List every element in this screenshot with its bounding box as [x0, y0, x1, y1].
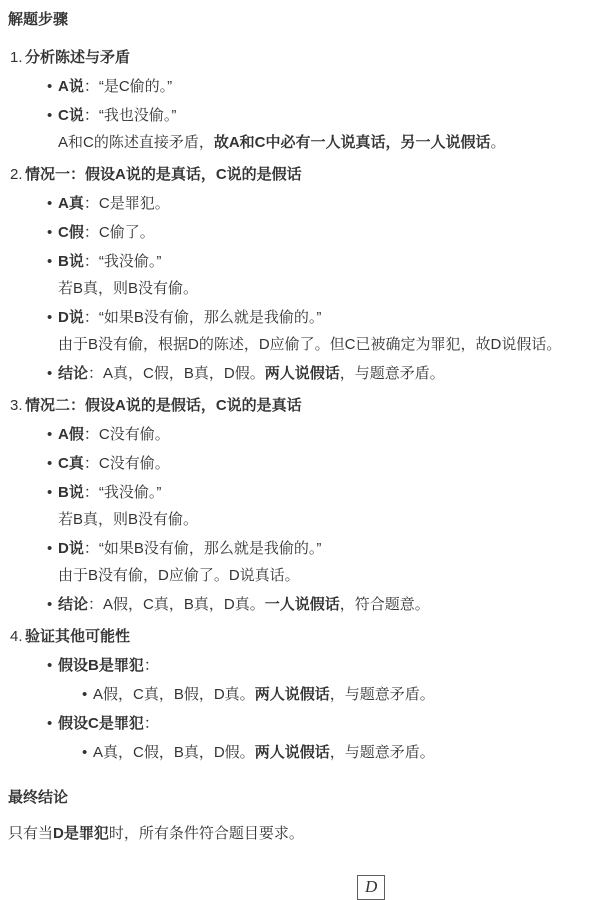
conclusion-label: 结论: [58, 596, 88, 613]
sub-emphasis: 两人说假话: [255, 686, 330, 703]
speaker-label: A说: [58, 78, 84, 95]
statement-text: C没有偷。: [99, 426, 170, 443]
speaker-label: D说: [58, 540, 84, 557]
sub-bullets: A真，C假，B真，D假。两人说假话，与题意矛盾。: [58, 741, 592, 764]
statement-text: C没有偷。: [99, 455, 170, 472]
hypothesis-line: 假设C是罪犯：: [58, 712, 592, 735]
statement-line: B说：“我没偷。”: [58, 481, 592, 504]
step-title: 分析陈述与矛盾: [25, 49, 130, 66]
note-line: 由于B没有偷，根据D的陈述，D应偷了。但C已被确定为罪犯，故D说假话。: [58, 333, 592, 356]
speaker-label: A真: [58, 195, 84, 212]
note-line: 若B真，则B没有偷。: [58, 277, 592, 300]
statement-line: C说：“我也没偷。”: [58, 104, 592, 127]
final-tail: 时，所有条件符合题目要求。: [109, 825, 304, 842]
conclusion-line: 结论：A假，C真，B真，D真。一人说假话，符合题意。: [58, 593, 592, 616]
step-number: 4.: [10, 625, 23, 648]
conclusion-emphasis: 两人说假话: [265, 365, 340, 382]
statement-text: C是罪犯。: [99, 195, 170, 212]
statement-line: A说：“是C偷的。”: [58, 75, 592, 98]
note-text: 若B真，则B没有偷。: [58, 511, 198, 528]
statement-text: “我也没偷。”: [99, 107, 177, 124]
sub-list-item: A真，C假，B真，D假。两人说假话，与题意矛盾。: [93, 741, 592, 764]
separator: ：: [84, 78, 99, 95]
final-conclusion-heading: 最终结论: [8, 786, 592, 809]
boxed-answer: D: [357, 875, 385, 900]
hypothesis-label: 假设B是罪犯: [58, 657, 144, 674]
step-1-bullets: A说：“是C偷的。” C说：“我也没偷。” A和C的陈述直接矛盾，故A和C中必有…: [25, 75, 592, 154]
sub-conclusion-line: A假，C真，B假，D真。两人说假话，与题意矛盾。: [93, 683, 592, 706]
list-item-conclusion: 结论：A真，C假，B真，D假。两人说假话，与题意矛盾。: [58, 362, 592, 385]
note-text: 由于B没有偷，根据D的陈述，D应偷了。但C已被确定为罪犯，故D说假话。: [58, 336, 561, 353]
conclusion-tail: ，符合题意。: [340, 596, 430, 613]
separator: ：: [84, 540, 99, 557]
conclusion-text: A真，C假，B真，D假。: [103, 365, 265, 382]
speaker-label: B说: [58, 484, 84, 501]
list-item: A说：“是C偷的。”: [58, 75, 592, 98]
speaker-label: C说: [58, 107, 84, 124]
statement-line: C真：C没有偷。: [58, 452, 592, 475]
list-item: A假：C没有偷。: [58, 423, 592, 446]
note-emphasis: 故A和C中必有一人说真话，另一人说假话: [214, 134, 491, 151]
sub-tail: ，与题意矛盾。: [330, 686, 435, 703]
step-analyze-statements: 1.分析陈述与矛盾 A说：“是C偷的。” C说：“我也没偷。” A和C的陈述直接…: [25, 46, 592, 154]
step-title: 验证其他可能性: [25, 628, 130, 645]
list-item: C真：C没有偷。: [58, 452, 592, 475]
statement-line: D说：“如果B没有偷，那么就是我偷的。”: [58, 537, 592, 560]
list-item: C假：C偷了。: [58, 221, 592, 244]
note-text: A和C的陈述直接矛盾，: [58, 134, 214, 151]
note-tail: 。: [491, 134, 506, 151]
list-item-hypothesis: 假设C是罪犯： A真，C假，B真，D假。两人说假话，与题意矛盾。: [58, 712, 592, 764]
sub-text: A真，C假，B真，D假。: [93, 744, 255, 761]
step-number: 2.: [10, 163, 23, 186]
sub-bullets: A假，C真，B假，D真。两人说假话，与题意矛盾。: [58, 683, 592, 706]
step-number: 3.: [10, 394, 23, 417]
step-2-bullets: A真：C是罪犯。 C假：C偷了。 B说：“我没偷。” 若B真，则B没有偷。 D说…: [25, 192, 592, 385]
step-verify-others: 4.验证其他可能性 假设B是罪犯： A假，C真，B假，D真。两人说假话，与题意矛…: [25, 625, 592, 764]
statement-text: “是C偷的。”: [99, 78, 172, 95]
sub-text: A假，C真，B假，D真。: [93, 686, 255, 703]
conclusion-emphasis: 一人说假话: [265, 596, 340, 613]
separator: ：: [84, 484, 99, 501]
step-number: 1.: [10, 46, 23, 69]
sub-list-item: A假，C真，B假，D真。两人说假话，与题意矛盾。: [93, 683, 592, 706]
list-item: A真：C是罪犯。: [58, 192, 592, 215]
statement-line: B说：“我没偷。”: [58, 250, 592, 273]
separator: ：: [84, 455, 99, 472]
separator: ：: [144, 657, 159, 674]
statement-line: A真：C是罪犯。: [58, 192, 592, 215]
hypothesis-line: 假设B是罪犯：: [58, 654, 592, 677]
list-item: B说：“我没偷。” 若B真，则B没有偷。: [58, 481, 592, 531]
statement-line: C假：C偷了。: [58, 221, 592, 244]
step-title: 情况一：假设A说的是真话，C说的是假话: [25, 166, 302, 183]
separator: ：: [144, 715, 159, 732]
statement-line: A假：C没有偷。: [58, 423, 592, 446]
step-4-bullets: 假设B是罪犯： A假，C真，B假，D真。两人说假话，与题意矛盾。 假设C是罪犯：…: [25, 654, 592, 764]
separator: ：: [88, 596, 103, 613]
final-emphasis: D是罪犯: [53, 825, 109, 842]
note-line: A和C的陈述直接矛盾，故A和C中必有一人说真话，另一人说假话。: [58, 131, 592, 154]
statement-text: C偷了。: [99, 224, 155, 241]
statement-text: “如果B没有偷，那么就是我偷的。”: [99, 540, 322, 557]
step-case-two: 3.情况二：假设A说的是假话，C说的是真话 A假：C没有偷。 C真：C没有偷。 …: [25, 394, 592, 616]
hypothesis-label: 假设C是罪犯: [58, 715, 144, 732]
separator: ：: [84, 309, 99, 326]
list-item: D说：“如果B没有偷，那么就是我偷的。” 由于B没有偷，根据D的陈述，D应偷了。…: [58, 306, 592, 356]
list-item-conclusion: 结论：A假，C真，B真，D真。一人说假话，符合题意。: [58, 593, 592, 616]
solution-document: { "title": "解题步骤", "colors": { "text": "…: [0, 0, 600, 900]
separator: ：: [84, 253, 99, 270]
conclusion-label: 结论: [58, 365, 88, 382]
speaker-label: D说: [58, 309, 84, 326]
final-text: 只有当: [8, 825, 53, 842]
sub-conclusion-line: A真，C假，B真，D假。两人说假话，与题意矛盾。: [93, 741, 592, 764]
note-text: 若B真，则B没有偷。: [58, 280, 198, 297]
speaker-label: A假: [58, 426, 84, 443]
conclusion-line: 结论：A真，C假，B真，D假。两人说假话，与题意矛盾。: [58, 362, 592, 385]
steps-heading: 解题步骤: [8, 8, 592, 31]
speaker-label: B说: [58, 253, 84, 270]
list-item: C说：“我也没偷。” A和C的陈述直接矛盾，故A和C中必有一人说真话，另一人说假…: [58, 104, 592, 154]
note-text: 由于B没有偷，D应偷了。D说真话。: [58, 567, 300, 584]
separator: ：: [84, 195, 99, 212]
list-item-hypothesis: 假设B是罪犯： A假，C真，B假，D真。两人说假话，与题意矛盾。: [58, 654, 592, 706]
separator: ：: [84, 426, 99, 443]
speaker-label: C真: [58, 455, 84, 472]
list-item: D说：“如果B没有偷，那么就是我偷的。” 由于B没有偷，D应偷了。D说真话。: [58, 537, 592, 587]
sub-tail: ，与题意矛盾。: [330, 744, 435, 761]
separator: ：: [84, 107, 99, 124]
statement-text: “如果B没有偷，那么就是我偷的。”: [99, 309, 322, 326]
conclusion-text: A假，C真，B真，D真。: [103, 596, 265, 613]
answer-row: D: [8, 875, 592, 900]
statement-text: “我没偷。”: [99, 484, 162, 501]
step-case-one: 2.情况一：假设A说的是真话，C说的是假话 A真：C是罪犯。 C假：C偷了。 B…: [25, 163, 592, 385]
step-3-bullets: A假：C没有偷。 C真：C没有偷。 B说：“我没偷。” 若B真，则B没有偷。 D…: [25, 423, 592, 616]
note-line: 若B真，则B没有偷。: [58, 508, 592, 531]
separator: ：: [88, 365, 103, 382]
step-title: 情况二：假设A说的是假话，C说的是真话: [25, 397, 302, 414]
list-item: B说：“我没偷。” 若B真，则B没有偷。: [58, 250, 592, 300]
conclusion-tail: ，与题意矛盾。: [340, 365, 445, 382]
statement-text: “我没偷。”: [99, 253, 162, 270]
statement-line: D说：“如果B没有偷，那么就是我偷的。”: [58, 306, 592, 329]
steps-list: 1.分析陈述与矛盾 A说：“是C偷的。” C说：“我也没偷。” A和C的陈述直接…: [8, 46, 592, 764]
speaker-label: C假: [58, 224, 84, 241]
sub-emphasis: 两人说假话: [255, 744, 330, 761]
final-conclusion-paragraph: 只有当D是罪犯时，所有条件符合题目要求。: [8, 822, 592, 845]
separator: ：: [84, 224, 99, 241]
note-line: 由于B没有偷，D应偷了。D说真话。: [58, 564, 592, 587]
